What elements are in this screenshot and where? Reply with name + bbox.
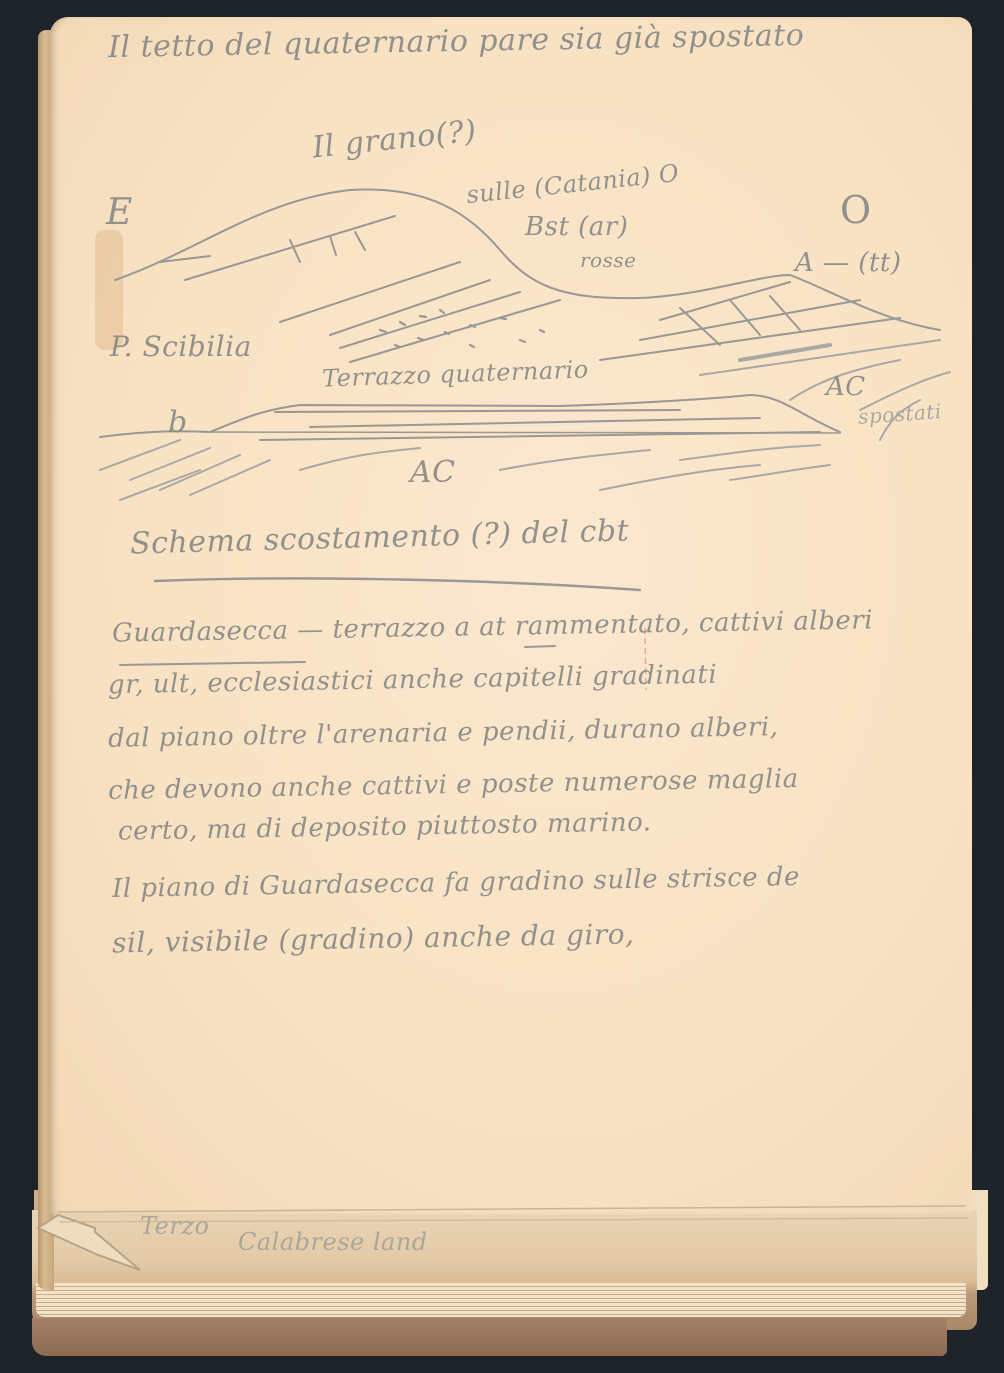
bottom-word-2: Calabrese land: [238, 1228, 428, 1256]
bottom-word-1: Terzo: [140, 1212, 209, 1240]
left-note: P. Scibilia: [110, 330, 252, 363]
top-note-2: Bst (ar): [525, 212, 628, 242]
note-line-1-tail: rammentato, cattivi alberi: [506, 605, 873, 641]
label-west: O: [840, 188, 872, 232]
left-mark: b: [168, 405, 188, 440]
right-note: A — (tt): [795, 248, 902, 278]
right-ac-label: AC: [826, 372, 866, 402]
bottom-ac-label: AC: [410, 455, 456, 490]
label-east: E: [106, 192, 133, 233]
note-line-1-emph: at: [479, 612, 506, 642]
top-note-3: rosse: [580, 248, 636, 272]
note-line-1-text: Guardasecca — terrazzo a: [112, 612, 480, 648]
